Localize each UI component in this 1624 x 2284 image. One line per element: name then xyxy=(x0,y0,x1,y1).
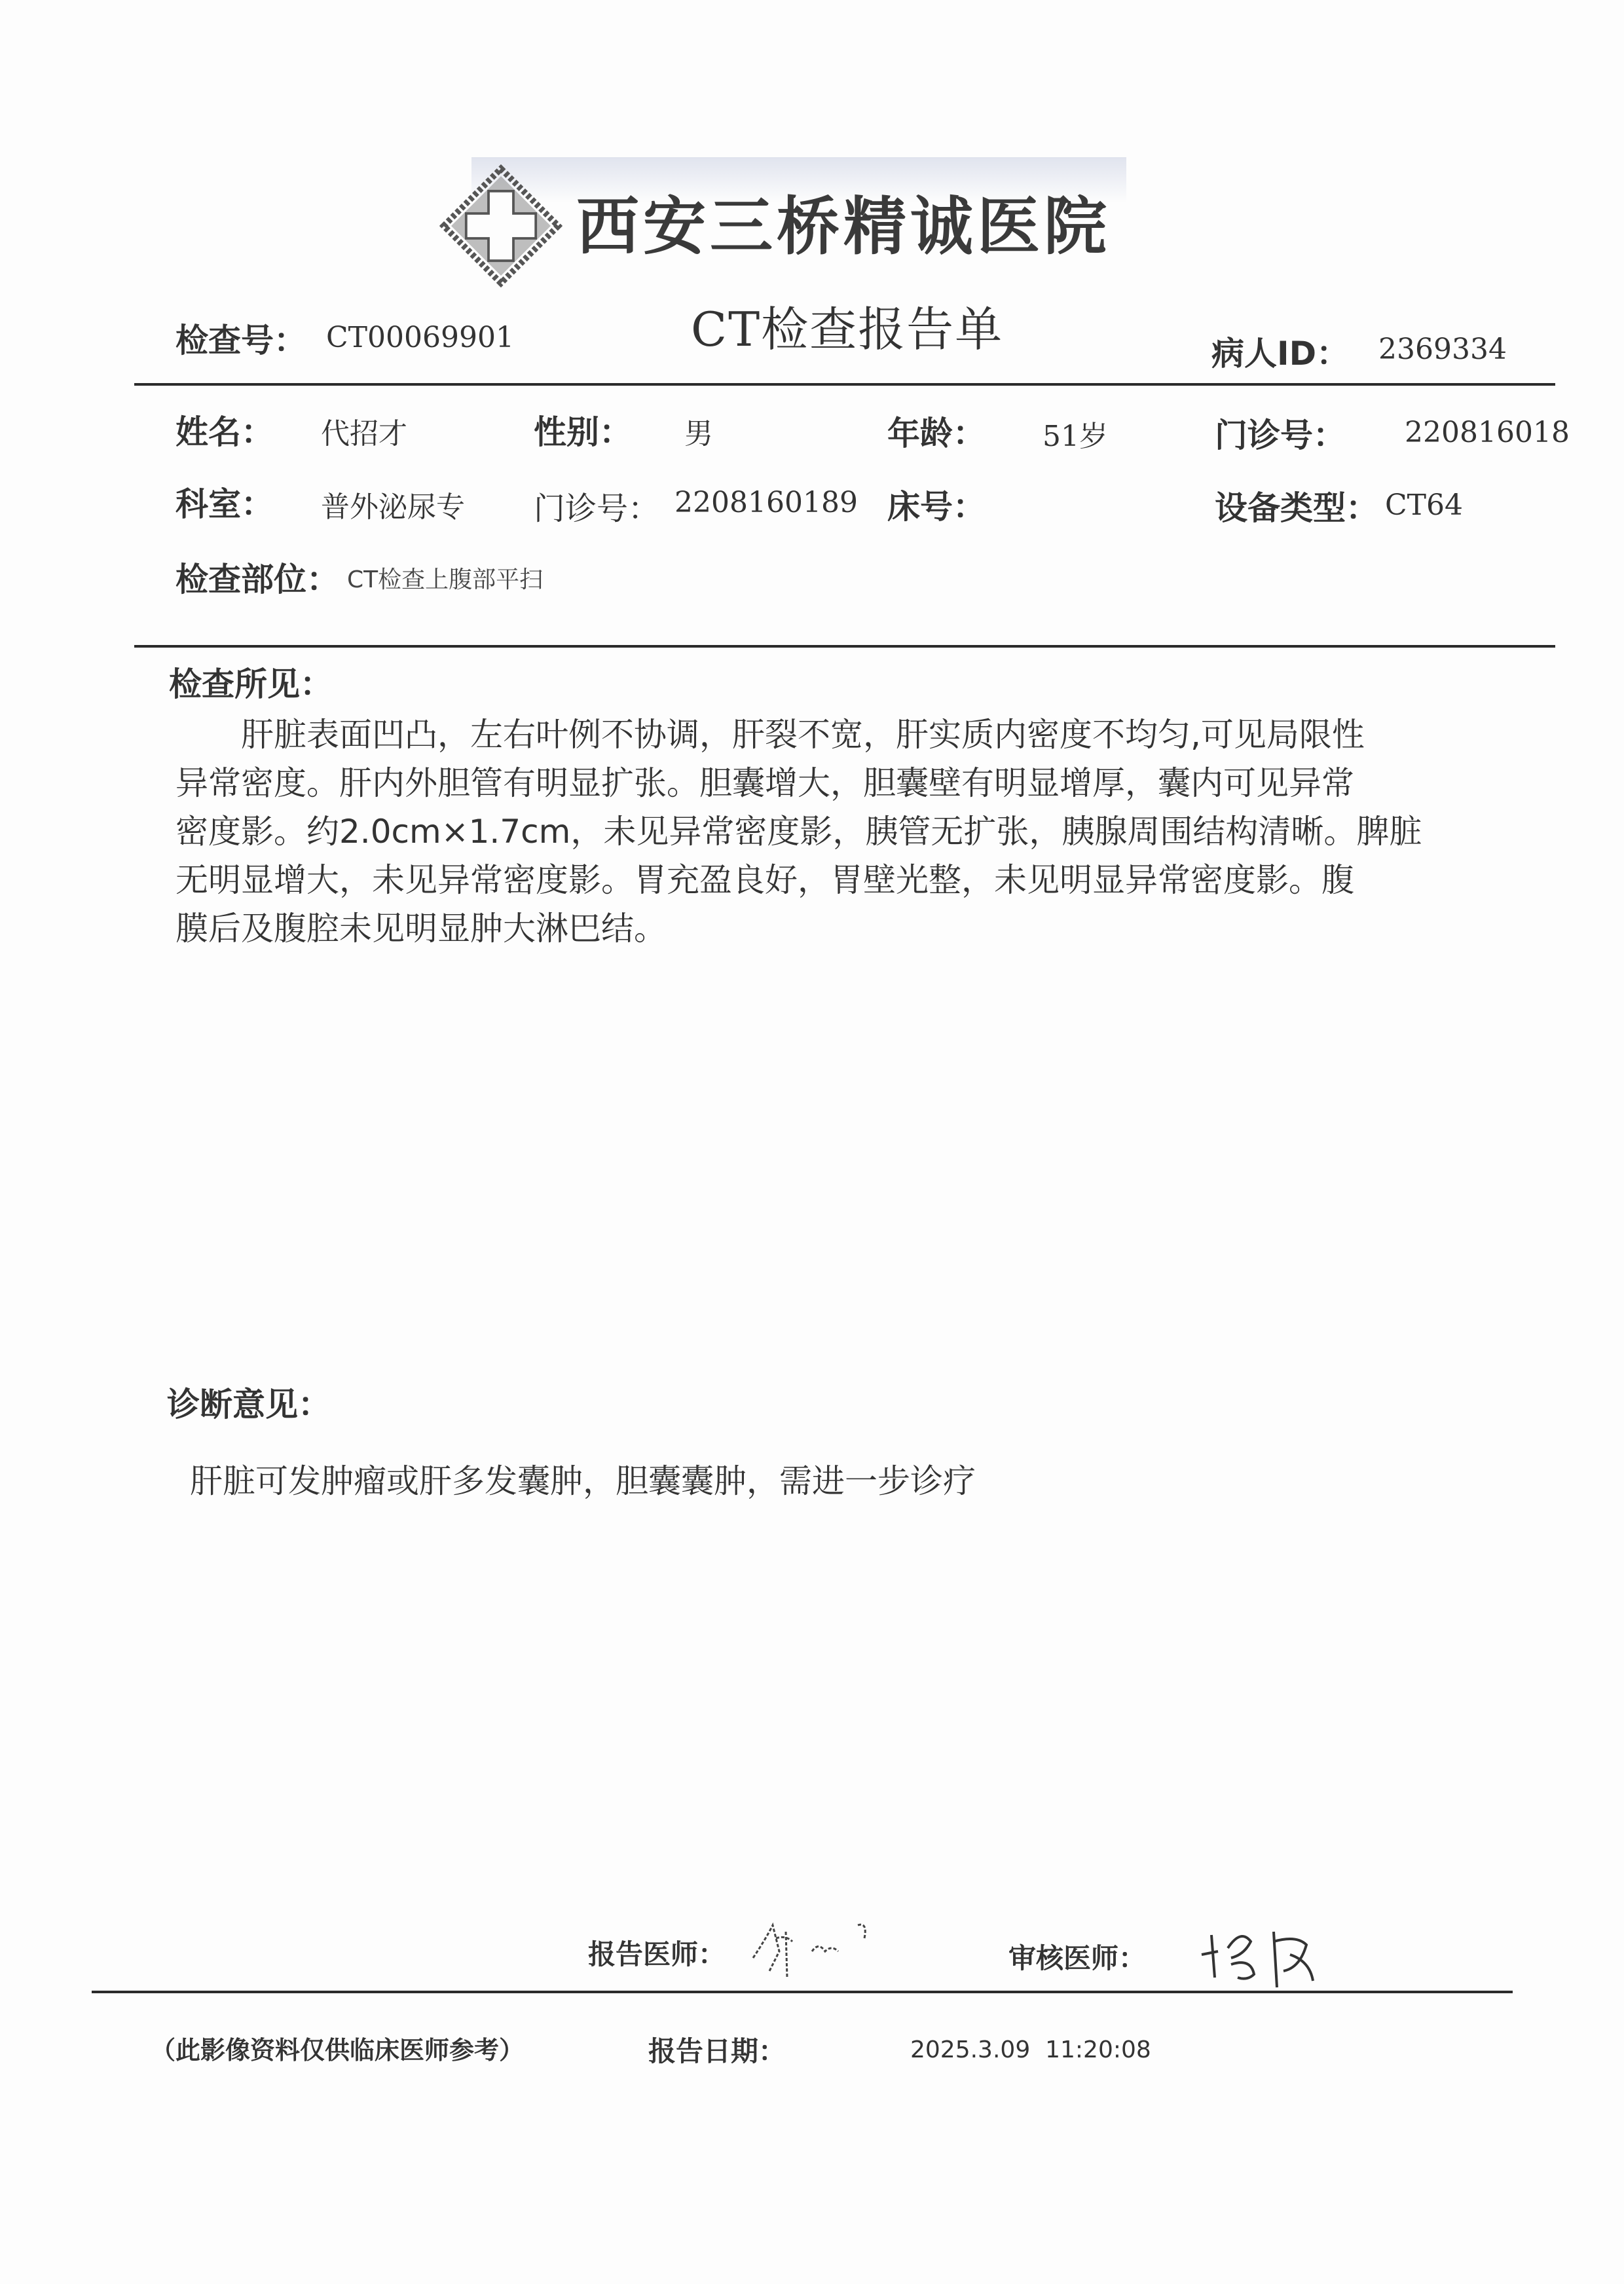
findings-heading: 检查所见： xyxy=(169,658,333,705)
device-value: CT64 xyxy=(1385,488,1463,522)
diagnosis-text: 肝脏可发肿瘤或肝多发囊肿，胆囊囊肿，需进一步诊疗 xyxy=(190,1457,976,1505)
patient-id-value: 2369334 xyxy=(1378,333,1507,366)
clinic-no-label: 门诊号： xyxy=(1215,409,1346,456)
dept-label: 科室： xyxy=(175,478,274,525)
exam-part-label: 检查部位： xyxy=(175,553,339,600)
sex-value: 男 xyxy=(684,410,713,452)
handwritten-signature-icon xyxy=(747,1912,897,1984)
bed-label: 床号： xyxy=(887,481,986,528)
exam-part-value: CT检查上腹部平扫 xyxy=(347,561,543,595)
report-doctor-label: 报告医师： xyxy=(588,1933,726,1972)
report-date-label: 报告日期： xyxy=(648,2030,786,2069)
findings-line: 无明显增大，未见异常密度影。胃充盈良好，胃壁光整，未见明显异常密度影。腹 xyxy=(175,856,1422,904)
report-date-value: 2025.3.09 11:20:08 xyxy=(910,2036,1151,2063)
divider-top xyxy=(134,383,1555,386)
diagnosis-heading: 诊断意见： xyxy=(167,1378,331,1426)
clinic-no-value: 220816018 xyxy=(1405,416,1570,449)
findings-line: 异常密度。肝内外胆管有明显扩张。胆囊增大，胆囊壁有明显增厚，囊内可见异常 xyxy=(175,759,1422,807)
divider-middle xyxy=(134,645,1555,648)
patient-id-label: 病人ID： xyxy=(1211,327,1349,375)
dept-value: 普外泌尿专 xyxy=(321,483,465,525)
medical-cross-icon xyxy=(439,164,563,288)
hospital-name: 西安三桥精诚医院 xyxy=(576,177,1111,267)
findings-line: 膜后及腹腔未见明显肿大淋巴结。 xyxy=(175,904,1422,953)
clinic-no2-value: 2208160189 xyxy=(674,486,858,519)
sex-label: 性别： xyxy=(534,406,632,453)
handwritten-signature-icon xyxy=(1192,1915,1323,2000)
divider-bottom xyxy=(92,1991,1513,1993)
clinic-no2-label: 门诊号： xyxy=(534,483,659,528)
findings-text: 肝脏表面凹凸，左右叶例不协调，肝裂不宽，肝实质内密度不均匀,可见局限性 异常密度… xyxy=(175,710,1422,953)
report-title: CT检查报告单 xyxy=(691,291,1003,359)
exam-no-value: CT00069901 xyxy=(326,321,514,354)
name-label: 姓名： xyxy=(175,406,274,453)
exam-no-label: 检查号： xyxy=(175,314,306,361)
age-label: 年龄： xyxy=(887,407,986,454)
findings-line: 肝脏表面凹凸，左右叶例不协调，肝裂不宽，肝实质内密度不均匀,可见局限性 xyxy=(175,710,1422,759)
name-value: 代招才 xyxy=(321,410,407,452)
findings-line: 密度影。约2.0cm×1.7cm，未见异常密度影，胰管无扩张，胰腺周围结构清晰。… xyxy=(175,807,1422,856)
device-label: 设备类型： xyxy=(1215,482,1378,529)
review-doctor-label: 审核医师： xyxy=(1008,1937,1146,1976)
disclaimer: （此影像资料仅供临床医师参考） xyxy=(151,2030,524,2066)
age-value: 51岁 xyxy=(1043,413,1108,454)
